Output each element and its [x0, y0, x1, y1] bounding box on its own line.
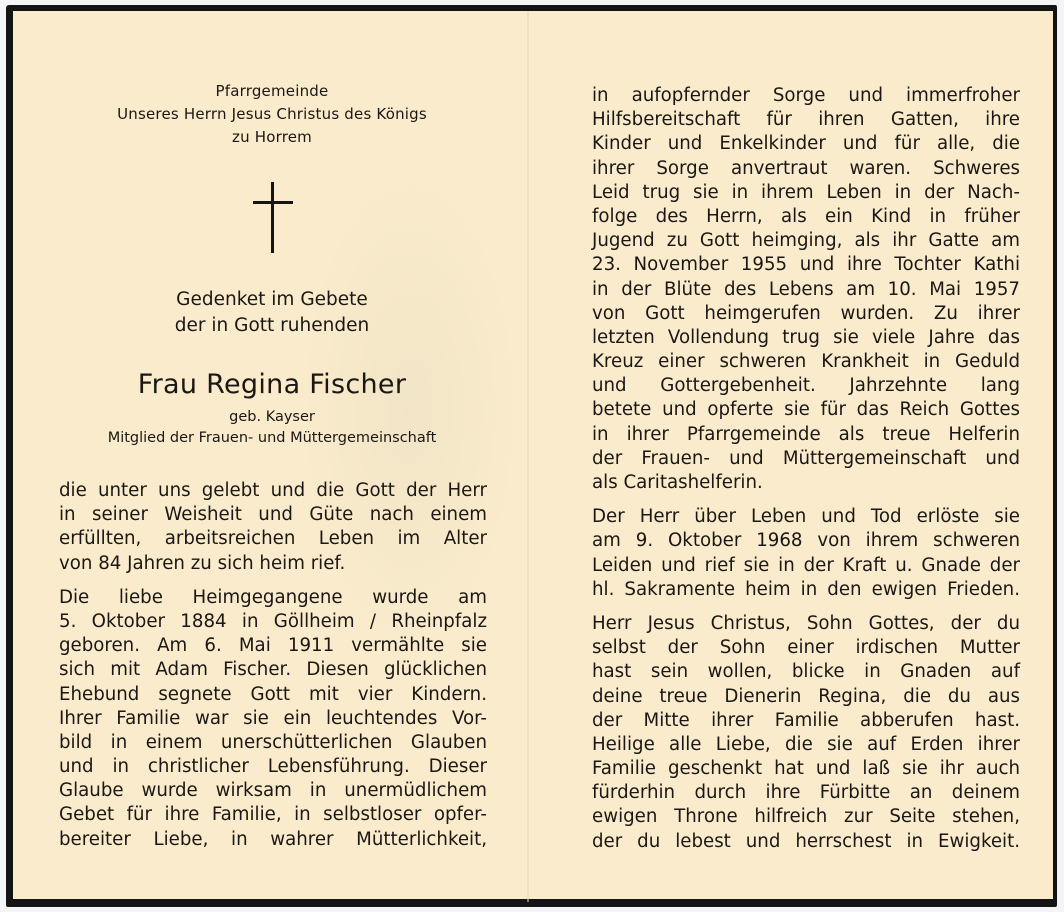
- text-line: Glaube wurde wirksam in unermüdlichem: [59, 779, 487, 803]
- text-line: Jugend zu Gott heimging, als ihr Gatte a…: [592, 229, 1020, 253]
- cross-vertical-bar: [271, 182, 274, 253]
- text-line: ewigen Throne hilfreich zur Seite stehen…: [592, 805, 1020, 829]
- text-line: Leid trug sie in ihrem Leben in der Nach…: [592, 181, 1020, 205]
- text-line: in aufopfernder Sorge und immerfroher: [592, 84, 1020, 108]
- remembrance-line-2: der in Gott ruhenden: [60, 313, 484, 339]
- text-line: Herr Jesus Christus, Sohn Gottes, der du: [592, 612, 1020, 636]
- text-line: 23. November 1955 und ihre Tochter Kathi: [592, 253, 1020, 277]
- text-line: in seiner Weisheit und Güte nach einem: [59, 503, 487, 527]
- remembrance-line-1: Gedenket im Gebete: [60, 287, 484, 313]
- text-line: am 9. Oktober 1968 von ihrem schweren: [592, 529, 1020, 553]
- cross-horizontal-bar: [253, 201, 293, 204]
- right-body-text: in aufopfernder Sorge und immerfroher Hi…: [592, 84, 1020, 854]
- text-line: Ehebund segnete Gott mit vier Kindern.: [59, 683, 487, 707]
- text-line: als Caritashelferin.: [592, 471, 1020, 495]
- text-line: bild in einem unerschütterlichen Glauben: [59, 731, 487, 755]
- parish-name-line-2: Unseres Herrn Jesus Christus des Königs: [60, 103, 484, 125]
- text-line: und Gottergebenheit. Jahrzehnte lang: [592, 374, 1020, 398]
- text-line: Heilige alle Liebe, die sie auf Erden ih…: [592, 733, 1020, 757]
- text-line: in der Blüte des Lebens am 10. Mai 1957: [592, 278, 1020, 302]
- text-line: Hilfsbereitschaft für ihren Gatten, ihre: [592, 108, 1020, 132]
- text-line: hl. Sakramente heim in den ewigen Friede…: [592, 578, 1020, 602]
- left-body-text: die unter uns gelebt und die Gott der He…: [59, 479, 487, 852]
- text-line: der Frauen- und Müttergemeinschaft und: [592, 447, 1020, 471]
- text-line: selbst der Sohn einer irdischen Mutter: [592, 636, 1020, 660]
- text-line: fürderhin durch ihre Fürbitte an deinem: [592, 781, 1020, 805]
- text-line: Kinder und Enkelkinder und für alle, die: [592, 132, 1020, 156]
- maiden-name: geb. Kayser: [60, 407, 484, 428]
- text-line: Die liebe Heimgegangene wurde am: [59, 586, 487, 610]
- text-line: sich mit Adam Fischer. Diesen glückliche…: [59, 658, 487, 682]
- deceased-name: Frau Regina Fischer: [60, 368, 484, 402]
- text-line: von Gott heimgerufen wurden. Zu ihrer: [592, 302, 1020, 326]
- text-line: Leiden und rief sie in der Kraft u. Gnad…: [592, 554, 1020, 578]
- text-line: deine treue Dienerin Regina, die du aus: [592, 685, 1020, 709]
- text-line: Gebet für ihre Familie, in selbstloser o…: [59, 803, 487, 827]
- text-line: und in christlicher Lebensführung. Diese…: [59, 755, 487, 779]
- text-line: erfüllten, arbeitsreichen Leben im Alter: [59, 527, 487, 551]
- text-line: folge des Herrn, als ein Kind in früher: [592, 205, 1020, 229]
- membership-line: Mitglied der Frauen- und Müttergemeinsch…: [60, 428, 484, 449]
- text-line: letzten Vollendung trug sie viele Jahre …: [592, 326, 1020, 350]
- text-line: Familie geschenkt hat und laß sie ihr au…: [592, 757, 1020, 781]
- text-line: Der Herr über Leben und Tod erlöste sie: [592, 505, 1020, 529]
- text-line: der du lebest und herrschest in Ewigkeit…: [592, 830, 1020, 854]
- text-line: die unter uns gelebt und die Gott der He…: [59, 479, 487, 503]
- text-line: hast sein wollen, blicke in Gnaden auf: [592, 660, 1020, 684]
- text-line: Kreuz einer schweren Krankheit in Geduld: [592, 350, 1020, 374]
- text-line: in ihrer Pfarrgemeinde als treue Helferi…: [592, 423, 1020, 447]
- text-line: Ihrer Familie war sie ein leuchtendes Vo…: [59, 707, 487, 731]
- text-line: betete und opferte sie für das Reich Got…: [592, 398, 1020, 422]
- text-line: geboren. Am 6. Mai 1911 vermählte sie: [59, 634, 487, 658]
- text-line: bereiter Liebe, in wahrer Mütterlichkeit…: [59, 828, 487, 852]
- parish-name-line-1: Pfarrgemeinde: [60, 80, 484, 102]
- text-line: ihrer Sorge anvertraut waren. Schweres: [592, 157, 1020, 181]
- text-line: von 84 Jahren zu sich heim rief.: [59, 552, 487, 576]
- center-fold: [527, 11, 529, 902]
- text-line: der Mitte ihrer Familie abberufen hast.: [592, 709, 1020, 733]
- parish-name-line-3: zu Horrem: [60, 126, 484, 148]
- text-line: 5. Oktober 1884 in Göllheim / Rheinpfalz: [59, 610, 487, 634]
